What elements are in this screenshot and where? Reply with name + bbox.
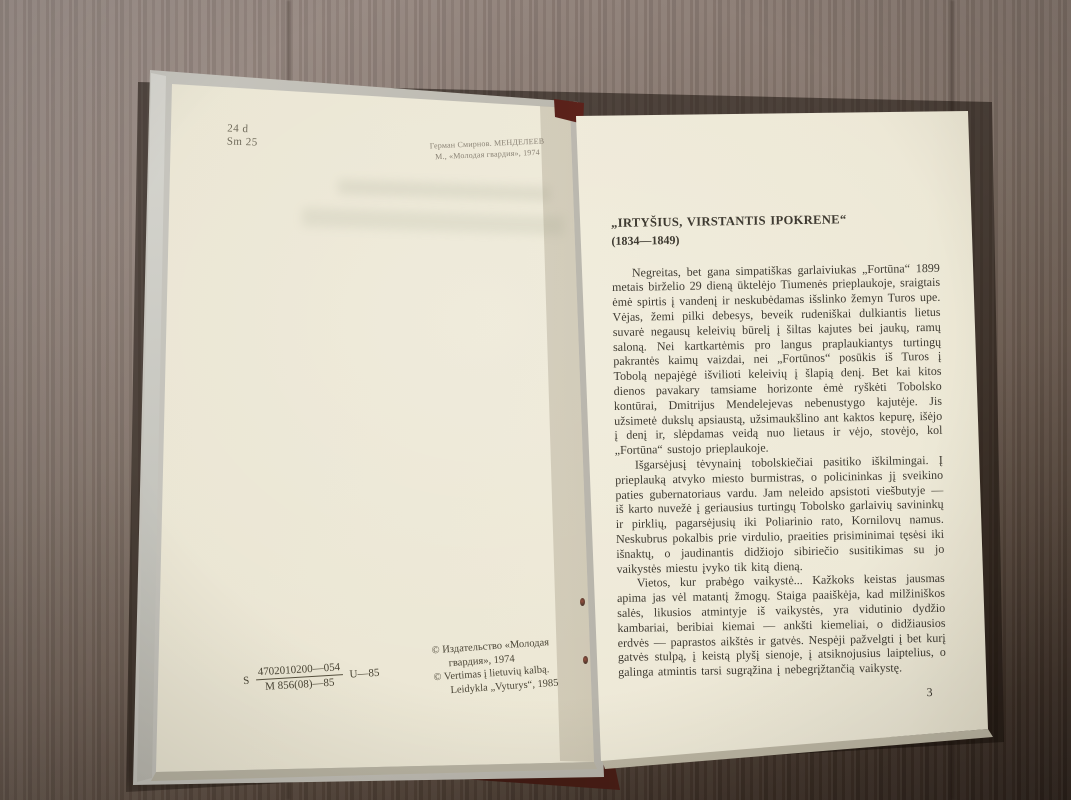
copyright-block: © Издательство «Молодая гвардия», 1974 ©… <box>431 636 559 699</box>
stamp-line: 24 d <box>227 122 258 136</box>
photo-open-book: 24 d Sm 25 Герман Смирнов. МЕНДЕЛЕЕВ М.,… <box>0 0 1071 800</box>
paragraph: Išgarsėjusį tėvynainį tobolskiečiai pasi… <box>615 453 945 577</box>
catalog-fraction: 4702010200—054 M 856(08)—85 <box>255 661 343 693</box>
paragraph: Negreitas, bet gana simpatiškas garlaivi… <box>612 260 943 457</box>
chapter-years: (1834—1849) <box>611 229 939 249</box>
stamp-line: Sm 25 <box>227 135 258 149</box>
binding-stitch <box>580 598 585 606</box>
catalog-prefix: S <box>243 674 250 686</box>
paragraph: Vietos, kur prabėgo vaikystė... Kažkoks … <box>617 571 947 680</box>
binding-stitch <box>583 656 588 664</box>
library-stamp: 24 d Sm 25 <box>227 122 259 149</box>
catalog-edition: U—85 <box>349 666 380 680</box>
chapter-text: „IRTYŠIUS, VIRSTANTIS IPOKRENE“ (1834—18… <box>611 211 947 705</box>
